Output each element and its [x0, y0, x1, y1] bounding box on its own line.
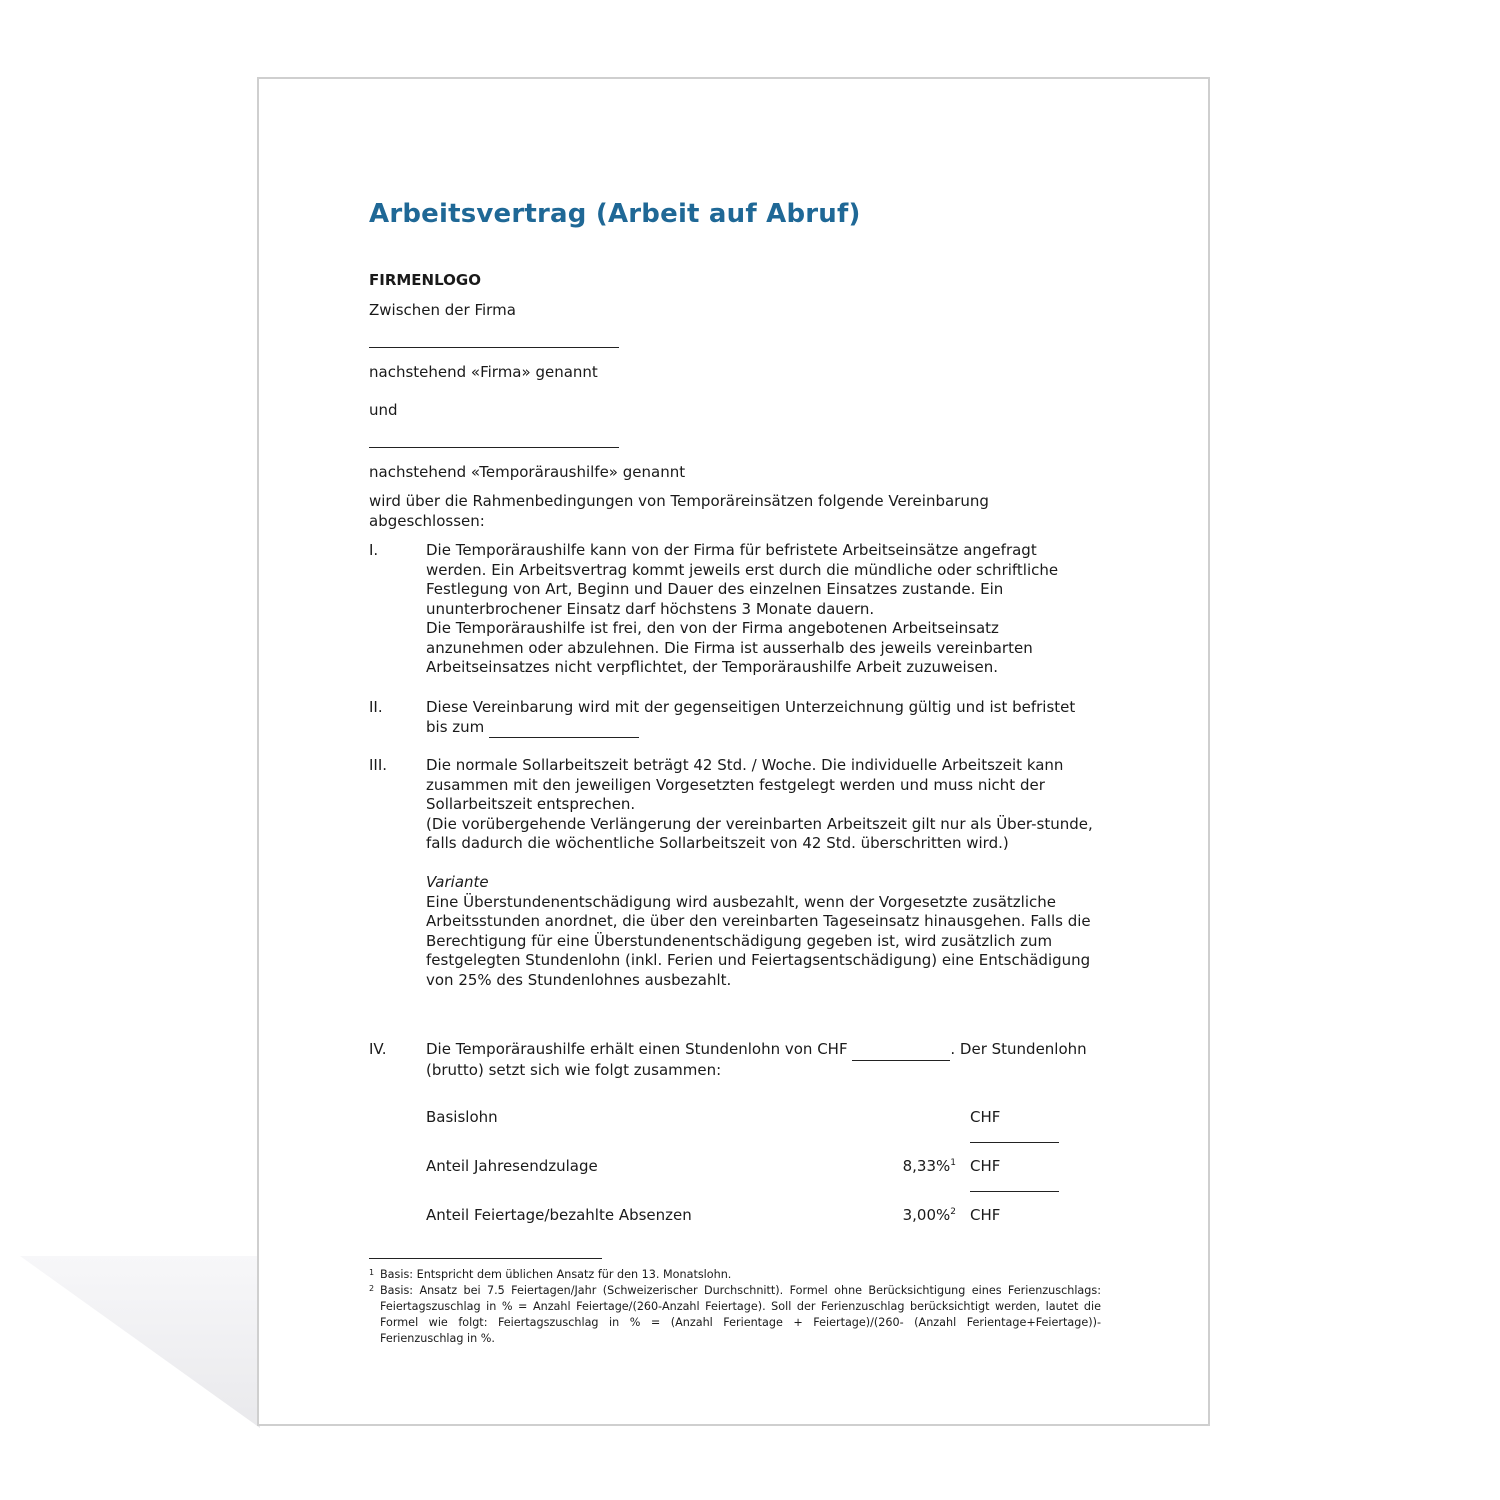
- wage-percent: 3,00%2: [903, 1206, 956, 1224]
- section-text: Die Temporäraushilfe kann von der Firma …: [426, 541, 1096, 619]
- wage-currency: CHF: [970, 1108, 1000, 1126]
- variant-label: Variante: [426, 873, 1096, 893]
- section-number: III.: [369, 756, 387, 776]
- wage-row: Anteil Jahresendzulage 8,33%1 CHF: [426, 1157, 1066, 1177]
- end-date-field[interactable]: ​: [489, 718, 639, 739]
- variant-text: Eine Überstundenentschädigung wird ausbe…: [426, 893, 1096, 991]
- section-number: I.: [369, 541, 378, 561]
- temp-named-label: nachstehend «Temporäraushilfe» genannt: [369, 463, 685, 483]
- wage-row: Anteil Feiertage/bezahlte Absenzen 3,00%…: [426, 1206, 1066, 1226]
- and-label: und: [369, 401, 398, 421]
- document-page: Arbeitsvertrag (Arbeit auf Abruf) FIRMEN…: [257, 77, 1210, 1426]
- section-text: Die Temporäraushilfe erhält einen Stunde…: [426, 1040, 848, 1058]
- footnote-1: 1 Basis: Entspricht dem üblichen Ansatz …: [369, 1267, 1101, 1283]
- hourly-wage-field[interactable]: ​: [852, 1040, 950, 1061]
- firm-named-label: nachstehend «Firma» genannt: [369, 363, 598, 383]
- footnote-2: 2 Basis: Ansatz bei 7.5 Feiertagen/Jahr …: [369, 1283, 1101, 1347]
- section-text: Die Temporäraushilfe ist frei, den von d…: [426, 619, 1096, 678]
- between-label: Zwischen der Firma: [369, 301, 516, 321]
- section-text: (Die vorübergehende Verlängerung der ver…: [426, 815, 1096, 854]
- document-title: Arbeitsvertrag (Arbeit auf Abruf): [369, 199, 861, 229]
- temp-name-field[interactable]: [369, 447, 619, 448]
- intro-paragraph: wird über die Rahmenbedingungen von Temp…: [369, 492, 1069, 531]
- page-shadow: [20, 1256, 260, 1428]
- footnote-separator: [369, 1258, 602, 1259]
- wage-label: Basislohn: [426, 1108, 498, 1126]
- firm-name-field[interactable]: [369, 347, 619, 348]
- section-text: Die normale Sollarbeitszeit beträgt 42 S…: [426, 756, 1096, 815]
- wage-currency: CHF: [970, 1157, 1000, 1175]
- section-number: IV.: [369, 1040, 387, 1060]
- wage-amount-field[interactable]: [970, 1142, 1059, 1143]
- wage-label: Anteil Jahresendzulage: [426, 1157, 598, 1175]
- wage-percent: 8,33%1: [903, 1157, 956, 1175]
- footnotes: 1 Basis: Entspricht dem üblichen Ansatz …: [369, 1267, 1101, 1347]
- section-number: II.: [369, 698, 383, 718]
- wage-currency: CHF: [970, 1206, 1000, 1224]
- wage-row: Basislohn CHF: [426, 1108, 1066, 1128]
- wage-amount-field[interactable]: [970, 1191, 1059, 1192]
- firm-logo-placeholder: FIRMENLOGO: [369, 271, 481, 291]
- wage-label: Anteil Feiertage/bezahlte Absenzen: [426, 1206, 692, 1224]
